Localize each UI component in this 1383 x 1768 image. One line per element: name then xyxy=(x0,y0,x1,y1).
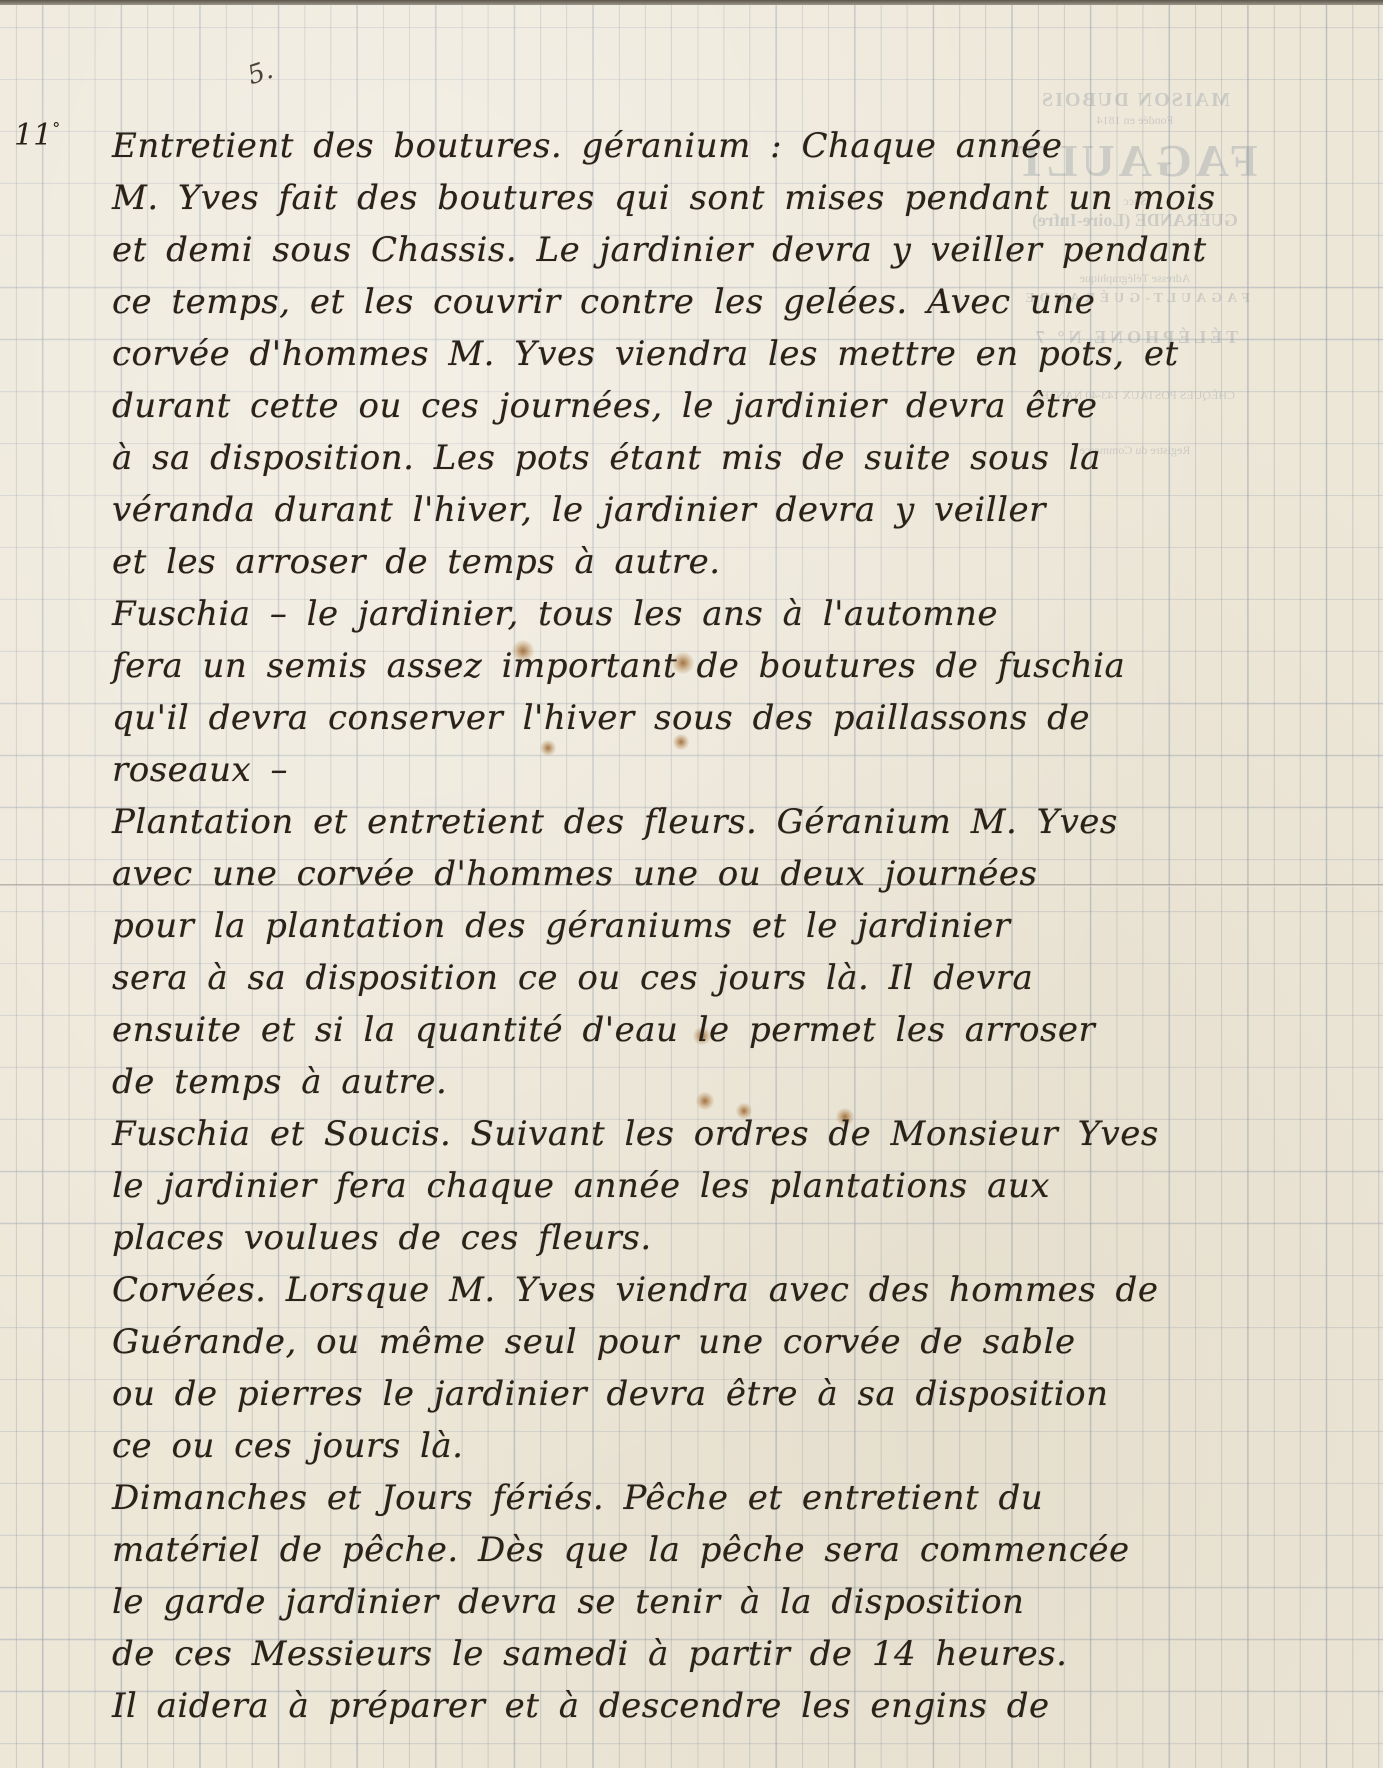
text-line: véranda durant l'hiver, le jardinier dev… xyxy=(112,484,1362,536)
text-line: ensuite et si la quantité d'eau le perme… xyxy=(112,1004,1362,1056)
text-line: et demi sous Chassis. Le jardinier devra… xyxy=(112,224,1362,276)
text-line: roseaux – xyxy=(112,744,1362,796)
text-line: matériel de pêche. Dès que la pêche sera… xyxy=(112,1524,1362,1576)
text-line: le garde jardinier devra se tenir à la d… xyxy=(112,1576,1362,1628)
letterhead-house: MAISON DUBOIS xyxy=(975,88,1295,113)
section-heading-line: Dimanches et Jours fériés. Pêche et entr… xyxy=(112,1472,1362,1524)
page-number: 5. xyxy=(244,55,277,91)
paper-top-edge xyxy=(0,0,1383,5)
text-line: durant cette ou ces journées, le jardini… xyxy=(112,380,1362,432)
handwritten-body: Entretient des boutures. géranium : Chaq… xyxy=(112,120,1362,1732)
text-line: ce temps, et les couvrir contre les gelé… xyxy=(112,276,1362,328)
letter-page: MAISON DUBOIS Fondée en 1814 FAGAULT Suc… xyxy=(0,0,1383,1768)
text-line: de ces Messieurs le samedi à partir de 1… xyxy=(112,1628,1362,1680)
text-line: Entretient des boutures. géranium : Chaq… xyxy=(112,120,1362,172)
text-line: le jardinier fera chaque année les plant… xyxy=(112,1160,1362,1212)
text-line: fera un semis assez important de bouture… xyxy=(112,640,1362,692)
text-line: places voulues de ces fleurs. xyxy=(112,1212,1362,1264)
text-line: pour la plantation des géraniums et le j… xyxy=(112,900,1362,952)
text-line: Il aidera à préparer et à descendre les … xyxy=(112,1680,1362,1732)
item-number-suffix: ° xyxy=(52,119,60,138)
text-line: M. Yves fait des boutures qui sont mises… xyxy=(112,172,1362,224)
item-number: 11° xyxy=(14,118,60,153)
text-line: à sa disposition. Les pots étant mis de … xyxy=(112,432,1362,484)
text-line: de temps à autre. xyxy=(112,1056,1362,1108)
section-heading-line: Fuschia – le jardinier, tous les ans à l… xyxy=(112,588,1362,640)
text-line: ou de pierres le jardinier devra être à … xyxy=(112,1368,1362,1420)
text-line: qu'il devra conserver l'hiver sous des p… xyxy=(112,692,1362,744)
section-heading-line: Corvées. Lorsque M. Yves viendra avec de… xyxy=(112,1264,1362,1316)
text-line: corvée d'hommes M. Yves viendra les mett… xyxy=(112,328,1362,380)
text-line: sera à sa disposition ce ou ces jours là… xyxy=(112,952,1362,1004)
text-line: Guérande, ou même seul pour une corvée d… xyxy=(112,1316,1362,1368)
text-line: ce ou ces jours là. xyxy=(112,1420,1362,1472)
text-line: et les arroser de temps à autre. xyxy=(112,536,1362,588)
item-number-value: 11 xyxy=(14,118,52,153)
section-heading-line: Fuschia et Soucis. Suivant les ordres de… xyxy=(112,1108,1362,1160)
text-line: avec une corvée d'hommes une ou deux jou… xyxy=(112,848,1362,900)
section-heading-line: Plantation et entretient des fleurs. Gér… xyxy=(112,796,1362,848)
